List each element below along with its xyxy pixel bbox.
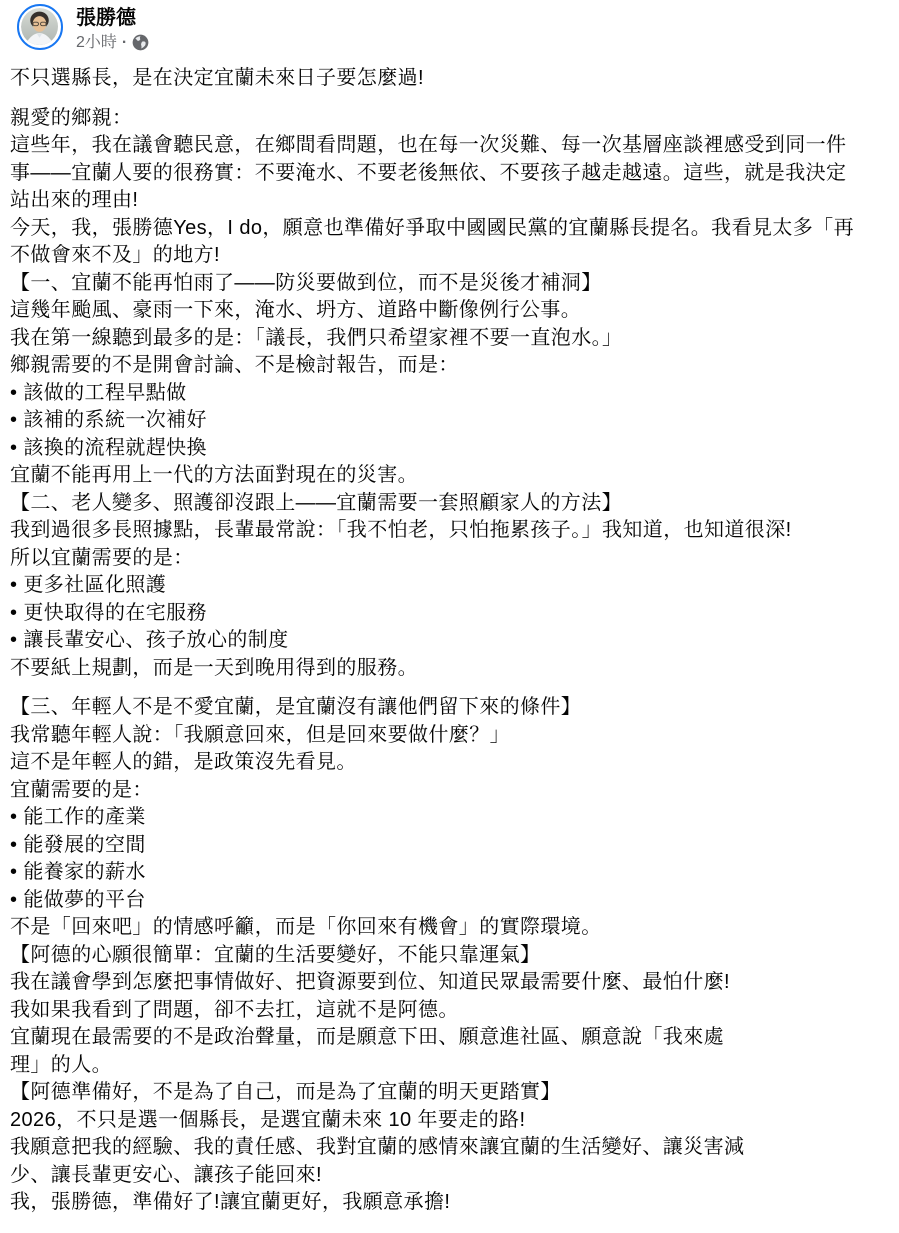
post-text-line: 不做會來不及」的地方! [10,242,885,270]
post-text-line: 站出來的理由! [10,187,885,215]
post-text-line: 【三、年輕人不是不愛宜蘭，是宜蘭沒有讓他們留下來的條件】 [10,694,885,722]
post-text-line: 所以宜蘭需要的是： [10,545,885,573]
post-text-line: 這些年，我在議會聽民意，在鄉間看問題，也在每一次災難、每一次基層座談裡感受到同一… [10,132,885,160]
post-header-info: 張勝德 2小時 · [76,4,149,52]
post-text-line: 少、讓長輩更安心、讓孩子能回來! [10,1162,885,1190]
facebook-post: 張勝德 2小時 · 不只選縣長，是在決定宜蘭未來日子要怎麼過!親愛的鄉親：這些年… [0,0,899,1217]
author-name[interactable]: 張勝德 [76,6,149,30]
post-body: 不只選縣長，是在決定宜蘭未來日子要怎麼過!親愛的鄉親：這些年，我在議會聽民意，在… [0,52,899,1217]
post-text-line: 鄉親需要的不是開會討論、不是檢討報告，而是： [10,352,885,380]
post-text-line: 宜蘭現在最需要的不是政治聲量，而是願意下田、願意進社區、願意說「我來處 [10,1024,885,1052]
post-text-line: 我在議會學到怎麼把事情做好、把資源要到位、知道民眾最需要什麼、最怕什麼! [10,969,885,997]
post-text-line: • 該換的流程就趕快換 [10,435,885,463]
globe-icon [132,34,149,51]
post-text-line: • 能做夢的平台 [10,887,885,915]
avatar-photo-icon [21,8,59,46]
post-paragraph: 親愛的鄉親：這些年，我在議會聽民意，在鄉間看問題，也在每一次災難、每一次基層座談… [10,105,885,683]
post-text-line: 我在第一線聽到最多的是：「議長，我們只希望家裡不要一直泡水。」 [10,325,885,353]
post-text-line: 我常聽年輕人說：「我願意回來，但是回來要做什麼？」 [10,722,885,750]
post-text-line: • 更快取得的在宅服務 [10,600,885,628]
post-text-line: • 更多社區化照護 [10,572,885,600]
post-paragraph: 不只選縣長，是在決定宜蘭未來日子要怎麼過! [10,65,885,93]
post-text-line: 這幾年颱風、豪雨一下來，淹水、坍方、道路中斷像例行公事。 [10,297,885,325]
post-text-line: 不只選縣長，是在決定宜蘭未來日子要怎麼過! [10,65,885,93]
avatar[interactable] [17,4,63,50]
post-text-line: 【阿德準備好，不是為了自己，而是為了宜蘭的明天更踏實】 [10,1079,885,1107]
timestamp[interactable]: 2小時 [76,33,117,52]
post-text-line: 宜蘭需要的是： [10,777,885,805]
post-text-line: 宜蘭不能再用上一代的方法面對現在的災害。 [10,462,885,490]
post-text-line: 事——宜蘭人要的很務實：不要淹水、不要老後無依、不要孩子越走越遠。這些，就是我決… [10,160,885,188]
meta-separator: · [122,33,127,52]
post-text-line: 【二、老人變多、照護卻沒跟上——宜蘭需要一套照顧家人的方法】 [10,490,885,518]
post-text-line: 理」的人。 [10,1052,885,1080]
post-text-line: 我如果我看到了問題，卻不去扛，這就不是阿德。 [10,997,885,1025]
post-text-line: 2026，不只是選一個縣長，是選宜蘭未來 10 年要走的路! [10,1107,885,1135]
post-meta: 2小時 · [76,33,149,52]
post-text-line: 這不是年輕人的錯，是政策沒先看見。 [10,749,885,777]
post-header: 張勝德 2小時 · [0,0,899,52]
post-text-line: • 能發展的空間 [10,832,885,860]
post-paragraph: 【三、年輕人不是不愛宜蘭，是宜蘭沒有讓他們留下來的條件】我常聽年輕人說：「我願意… [10,694,885,1217]
post-text-line: 親愛的鄉親： [10,105,885,133]
post-text-line: 不是「回來吧」的情感呼籲，而是「你回來有機會」的實際環境。 [10,914,885,942]
post-text-line: 【阿德的心願很簡單：宜蘭的生活要變好，不能只靠運氣】 [10,942,885,970]
post-text-line: • 能工作的產業 [10,804,885,832]
post-text-line: • 能養家的薪水 [10,859,885,887]
post-text-line: 我到過很多長照據點，長輩最常說：「我不怕老，只怕拖累孩子。」我知道，也知道很深! [10,517,885,545]
post-text-line: 【一、宜蘭不能再怕雨了——防災要做到位，而不是災後才補洞】 [10,270,885,298]
post-text-line: • 該做的工程早點做 [10,380,885,408]
post-text-line: 今天，我，張勝德Yes，I do，願意也準備好爭取中國國民黨的宜蘭縣長提名。我看… [10,215,885,243]
post-text-line: • 該補的系統一次補好 [10,407,885,435]
post-text-line: 不要紙上規劃，而是一天到晚用得到的服務。 [10,655,885,683]
post-text-line: 我願意把我的經驗、我的責任感、我對宜蘭的感情來讓宜蘭的生活變好、讓災害減 [10,1134,885,1162]
post-text-line: 我，張勝德，準備好了!讓宜蘭更好，我願意承擔! [10,1189,885,1217]
post-text-line: • 讓長輩安心、孩子放心的制度 [10,627,885,655]
